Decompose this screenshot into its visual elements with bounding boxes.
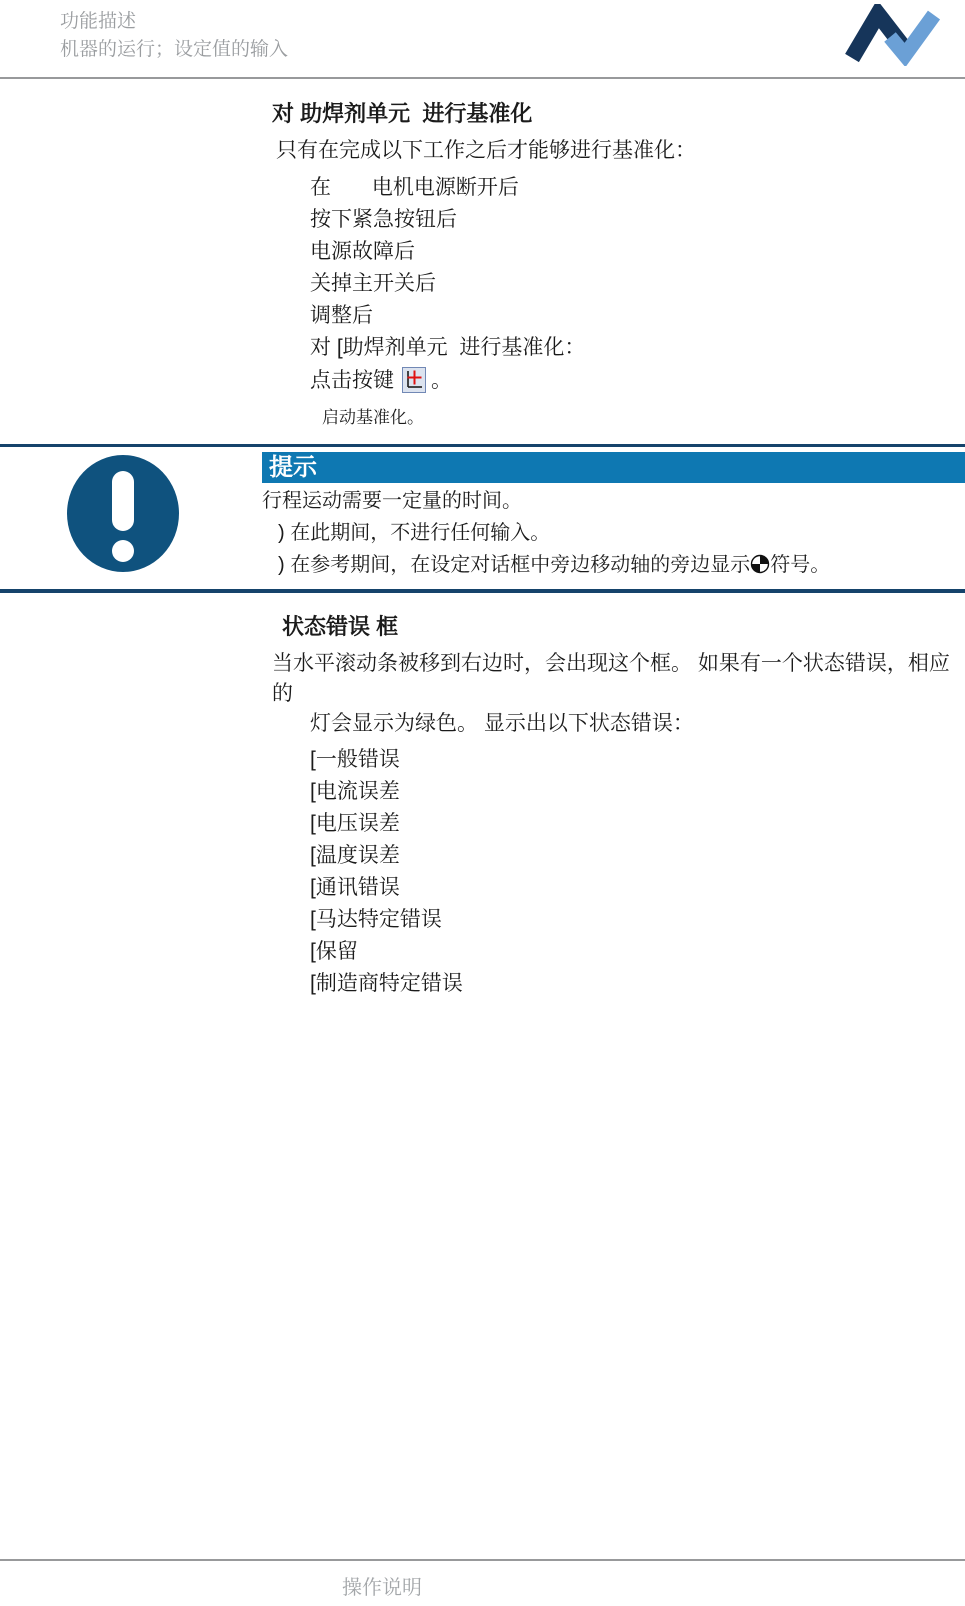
page-footer: 操作说明 bbox=[0, 1559, 965, 1600]
note-line3-prefix: ) 在参考期间，在设定对话框中旁边移动轴的旁边显示 bbox=[278, 554, 750, 576]
footer-divider bbox=[0, 1559, 965, 1561]
list-item: [制造商特定错误 bbox=[310, 968, 965, 1000]
brand-logo-icon bbox=[843, 4, 940, 66]
note-text-line: ) 在此期间，不进行任何输入。 bbox=[278, 521, 965, 545]
action-line: 对 [助焊剂单元 进行基准化： bbox=[310, 332, 965, 364]
list-item: 电源故障后 bbox=[310, 236, 965, 268]
reference-point-icon bbox=[750, 554, 770, 580]
list-item: [电流误差 bbox=[310, 776, 965, 808]
header-divider bbox=[0, 77, 965, 79]
mandatory-exclamation-icon bbox=[67, 455, 179, 572]
note-top-rule bbox=[0, 444, 965, 447]
paragraph-line: 当水平滚动条被移到右边时，会出现这个框。 如果有一个状态错误，相应的 bbox=[272, 649, 965, 709]
paragraph-line: 灯会显示为绿色。 显示出以下状态错误： bbox=[310, 709, 965, 739]
note-bottom-rule bbox=[0, 589, 965, 593]
header-text: 功能描述 机器的运行；设定值的输入 bbox=[60, 8, 288, 64]
section-status-error-frame: 状态错误 框 当水平滚动条被移到右边时，会出现这个框。 如果有一个状态错误，相应… bbox=[0, 613, 965, 1000]
list-item: 在 电机电源断开后 bbox=[310, 172, 965, 204]
section-heading: 对 助焊剂单元 进行基准化 bbox=[272, 100, 965, 128]
list-item: [电压误差 bbox=[310, 808, 965, 840]
section-heading: 状态错误 框 bbox=[282, 613, 965, 641]
hint-note-box: 提示 行程运动需要一定量的时间。 ) 在此期间，不进行任何输入。 ) 在参考期间… bbox=[0, 444, 965, 593]
list-item: [一般错误 bbox=[310, 744, 965, 776]
note-text-line: ) 在参考期间，在设定对话框中旁边移动轴的旁边显示 符号。 bbox=[278, 553, 965, 580]
section-calibrate-flux-unit: 对 助焊剂单元 进行基准化 只有在完成以下工作之后才能够进行基准化： 在 电机电… bbox=[0, 100, 965, 429]
note-title-bar: 提示 bbox=[262, 452, 965, 483]
exclamation-bar bbox=[112, 471, 134, 531]
click-instruction-prefix: 点击按键 bbox=[310, 369, 394, 392]
exclamation-dot bbox=[112, 540, 134, 562]
list-item: 关掉主开关后 bbox=[310, 268, 965, 300]
list-item: [马达特定错误 bbox=[310, 904, 965, 936]
result-line: 启动基准化。 bbox=[322, 407, 965, 429]
note-text-line: 行程运动需要一定量的时间。 bbox=[262, 489, 965, 513]
header-section-title: 机器的运行；设定值的输入 bbox=[60, 36, 288, 64]
status-error-list: [一般错误 [电流误差 [电压误差 [温度误差 [通讯错误 [马达特定错误 [保… bbox=[0, 744, 965, 1000]
list-item: [温度误差 bbox=[310, 840, 965, 872]
note-line3-suffix: 符号。 bbox=[770, 554, 830, 576]
header-chapter-title: 功能描述 bbox=[60, 8, 288, 36]
manual-page: 功能描述 机器的运行；设定值的输入 对 助焊剂单元 进行基准化 只有在完成以下工… bbox=[0, 0, 965, 1606]
list-item: 调整后 bbox=[310, 300, 965, 332]
condition-list: 在 电机电源断开后 按下紧急按钮后 电源故障后 关掉主开关后 调整后 bbox=[0, 172, 965, 332]
list-item: 按下紧急按钮后 bbox=[310, 204, 965, 236]
click-instruction: 点击按键 。 bbox=[310, 364, 965, 404]
list-item: [通讯错误 bbox=[310, 872, 965, 904]
reference-button-icon bbox=[402, 367, 426, 404]
footer-document-title: 操作说明 bbox=[0, 1571, 764, 1600]
click-instruction-suffix: 。 bbox=[431, 369, 452, 392]
note-title: 提示 bbox=[269, 454, 317, 481]
list-item: [保留 bbox=[310, 936, 965, 968]
page-header: 功能描述 机器的运行；设定值的输入 bbox=[0, 0, 965, 79]
section-intro: 只有在完成以下工作之后才能够进行基准化： bbox=[276, 137, 965, 165]
